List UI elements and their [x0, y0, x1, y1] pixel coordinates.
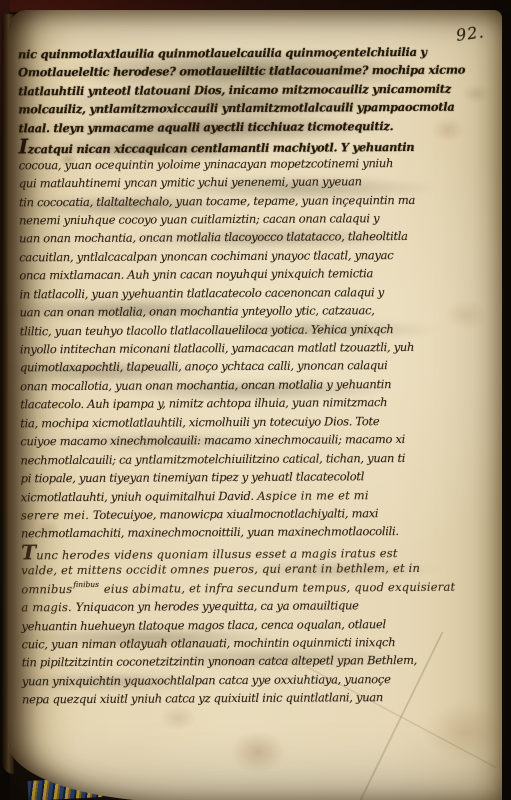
nahuatl-text-segment: molcauiliz, yntlamitzmoxiccauili yntlami… — [18, 100, 454, 117]
interlinear-correction: finibus — [73, 576, 99, 595]
nahuatl-text-segment: tlatlauhtili ynteotl tlatouani Dios, ini… — [18, 82, 451, 99]
nahuatl-text-segment: tliltic, yuan teuhyo tlacollo tlatlacoll… — [20, 322, 394, 338]
nahuatl-text-segment: tin cococatia, tlaltaltechalo, yuan toca… — [19, 192, 415, 208]
manuscript-photo: 92. nic quinmotlaxtlauilia quinmotlauelc… — [0, 0, 511, 800]
nahuatl-text-segment: yehuantin huehueyn tlatoque magos tlaca,… — [21, 617, 385, 633]
nahuatl-text-segment: in tlatlacolli, yuan yyehuantin tlatlaca… — [19, 285, 384, 301]
manuscript-line: inyollo intitechan miconani tlatlacolli,… — [20, 338, 458, 359]
nahuatl-text-segment: inyollo intitechan miconani tlatlacolli,… — [20, 340, 414, 356]
folio-number: 92. — [455, 22, 486, 45]
nahuatl-text-segment: nic quinmotlaxtlauilia quinmotlauelcauil… — [18, 45, 427, 61]
nahuatl-text-segment: nenemi yniuhque cocoyo yuan cuitlamiztin… — [19, 211, 379, 227]
nahuatl-text-segment: tlacatecolo. Auh ipampa y, nimitz achtop… — [20, 395, 387, 411]
nahuatl-text-segment: cuic, yuan niman otlayuah otlanauati, mo… — [22, 635, 396, 651]
latin-text-segment: Aspice in me et mi — [257, 488, 369, 503]
nahuatl-text-segment: nechmotlalcauili; ca yntlamitzmotelchiui… — [20, 451, 405, 467]
nahuatl-text-segment: cocoua, yuan ocequintin yoloime yninacay… — [19, 156, 394, 172]
manuscript-line: tin cococatia, tlaltaltechalo, yuan toca… — [19, 190, 457, 211]
manuscript-line: nechmotlamachiti, maxinechmocnoittili, y… — [21, 522, 459, 543]
manuscript-line: cuiyoe macamo xinechmolcauili: macamo xi… — [20, 430, 458, 451]
nahuatl-text-segment: tlaal. tleyn ynmacame aqualli ayectli ti… — [18, 119, 393, 135]
nahuatl-text-segment: Totecuiyoe, manowicpa xiualmocnotlachiya… — [93, 506, 378, 522]
nahuatl-text-segment: quimotlaxapochtli, tlapeualli, anoço ych… — [20, 359, 388, 375]
manuscript-line: uan onan mochantia, oncan motlalia tlaco… — [19, 227, 457, 248]
nahuatl-text-segment: nechmotlamachiti, maxinechmocnoittili, y… — [21, 524, 399, 540]
latin-text-segment: omnibus — [21, 582, 72, 596]
nahuatl-text-segment: qui matlauhtinemi yncan ymitic ychui yen… — [19, 174, 362, 190]
nahuatl-text-segment: uan onan mochantia, oncan motlalia tlaco… — [19, 229, 408, 245]
nahuatl-text-segment: onan mocallotia, yuan onan mochantia, on… — [20, 377, 391, 393]
nahuatl-text-segment: cuiyoe macamo xinechmolcauili: macamo xi… — [20, 432, 405, 448]
manuscript-line: omnibusfinibus eius abimatu, et infra se… — [21, 577, 459, 598]
latin-text-segment: serere mei. — [21, 508, 93, 522]
nahuatl-text-segment: uan can onan motlalia, onan mochantia yn… — [20, 303, 375, 319]
manuscript-line: Izcatqui nican xiccaquican centlamantli … — [19, 135, 457, 156]
nahuatl-text-segment: yuan ynixquichtin yquaxochtlalpan catca … — [22, 672, 391, 688]
nahuatl-text-segment: Yniquacon yn herodes yyequitta, ca ya om… — [76, 598, 359, 614]
nahuatl-text-segment: onca mixtlamacan. Auh ynin cacan noyuhqu… — [19, 266, 373, 282]
nahuatl-text-segment: tin pipiltzitzintin coconetzitzintin yno… — [22, 653, 417, 669]
text-block: nic quinmotlaxtlauilia quinmotlauelcauil… — [18, 43, 460, 709]
nahuatl-text-segment: tia, mochipa xicmotlatlauhtili, xicmolhu… — [20, 414, 379, 430]
nahuatl-text-segment: nepa quezqui xiuitl yniuh catca yz quixi… — [22, 690, 383, 706]
nahuatl-text-segment: cacuitlan, yntlalcacalpan ynoncan cochim… — [19, 248, 393, 264]
manuscript-line: Omotlaueleltic herodese? omotlaueliltic … — [18, 61, 456, 82]
manuscript-page: 92. nic quinmotlaxtlauilia quinmotlauelc… — [8, 10, 502, 800]
manuscript-line: nepa quezqui xiuitl yniuh catca yz quixi… — [22, 688, 460, 709]
manuscript-line: tin pipiltzitzintin coconetzitzintin yno… — [22, 651, 460, 672]
manuscript-line: cacuitlan, yntlalcacalpan ynoncan cochim… — [19, 245, 457, 266]
nahuatl-text-segment: xicmotlatlauhti, yniuh oquimitalhui Davi… — [21, 488, 258, 503]
nahuatl-text-segment: pi tiopale, yuan tiyeyan tinemiyan tipez… — [21, 469, 365, 485]
latin-text-segment: a magis. — [21, 600, 75, 614]
nahuatl-text-segment: Omotlaueleltic herodese? omotlaueliltic … — [18, 63, 465, 80]
latin-text-segment: eius abimatu, et infra secundum tempus, … — [100, 579, 455, 595]
manuscript-line: cocoua, yuan ocequintin yoloime yninacay… — [19, 153, 457, 174]
manuscript-line: molcauiliz, yntlamitzmoxiccauili yntlami… — [18, 98, 456, 119]
manuscript-line: nechmotlalcauili; ca yntlamitzmotelchiui… — [20, 448, 458, 469]
